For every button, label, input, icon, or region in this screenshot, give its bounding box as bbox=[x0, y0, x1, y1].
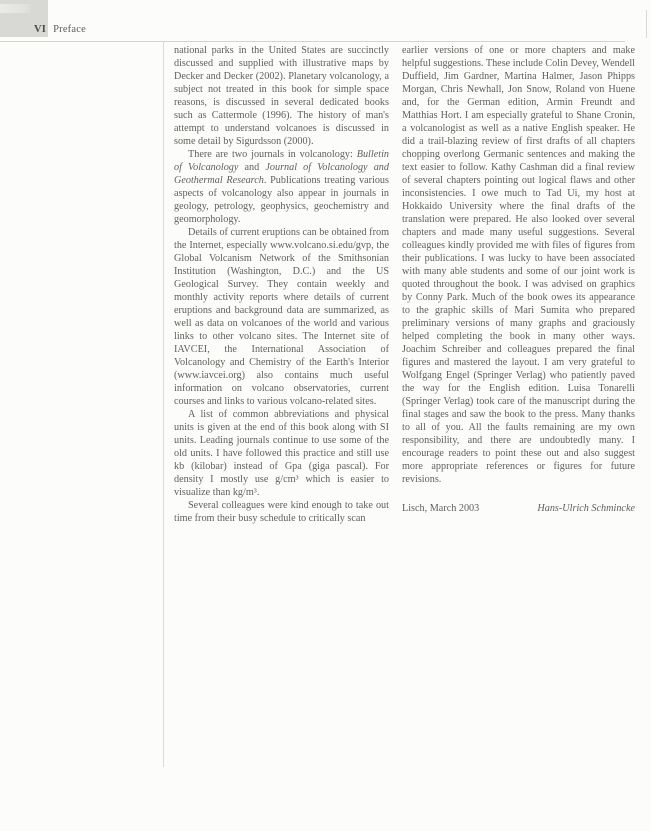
text-column-left: national parks in the United States are … bbox=[174, 44, 389, 525]
page-header: VIPreface bbox=[34, 24, 86, 36]
preface-text: national parks in the United States are … bbox=[174, 44, 635, 525]
book-page: VIPreface national parks in the United S… bbox=[0, 0, 651, 831]
chapter-title: Preface bbox=[53, 24, 86, 35]
text-column-right: earlier versions of one or more chapters… bbox=[402, 44, 635, 525]
paragraph: A list of common abbreviations and physi… bbox=[174, 408, 389, 499]
paragraph: Details of current eruptions can be obta… bbox=[174, 226, 389, 408]
page-edge-mark bbox=[646, 10, 647, 38]
signature-place-date: Lisch, March 2003 bbox=[402, 502, 479, 515]
signature-line: Lisch, March 2003 Hans-Ulrich Schmincke bbox=[402, 502, 635, 515]
signature-author: Hans-Ulrich Schmincke bbox=[537, 502, 635, 515]
paragraph: earlier versions of one or more chapters… bbox=[402, 44, 635, 486]
header-rule bbox=[0, 41, 625, 42]
paragraph: Several colleagues were kind enough to t… bbox=[174, 499, 389, 525]
text-column-right-paragraphs: earlier versions of one or more chapters… bbox=[402, 44, 635, 486]
page-number: VI bbox=[34, 24, 46, 35]
scan-artifact-strip bbox=[0, 4, 31, 13]
column-divider-rule bbox=[163, 41, 164, 767]
paragraph: national parks in the United States are … bbox=[174, 44, 389, 148]
paragraph: There are two journals in volcanology: B… bbox=[174, 148, 389, 226]
